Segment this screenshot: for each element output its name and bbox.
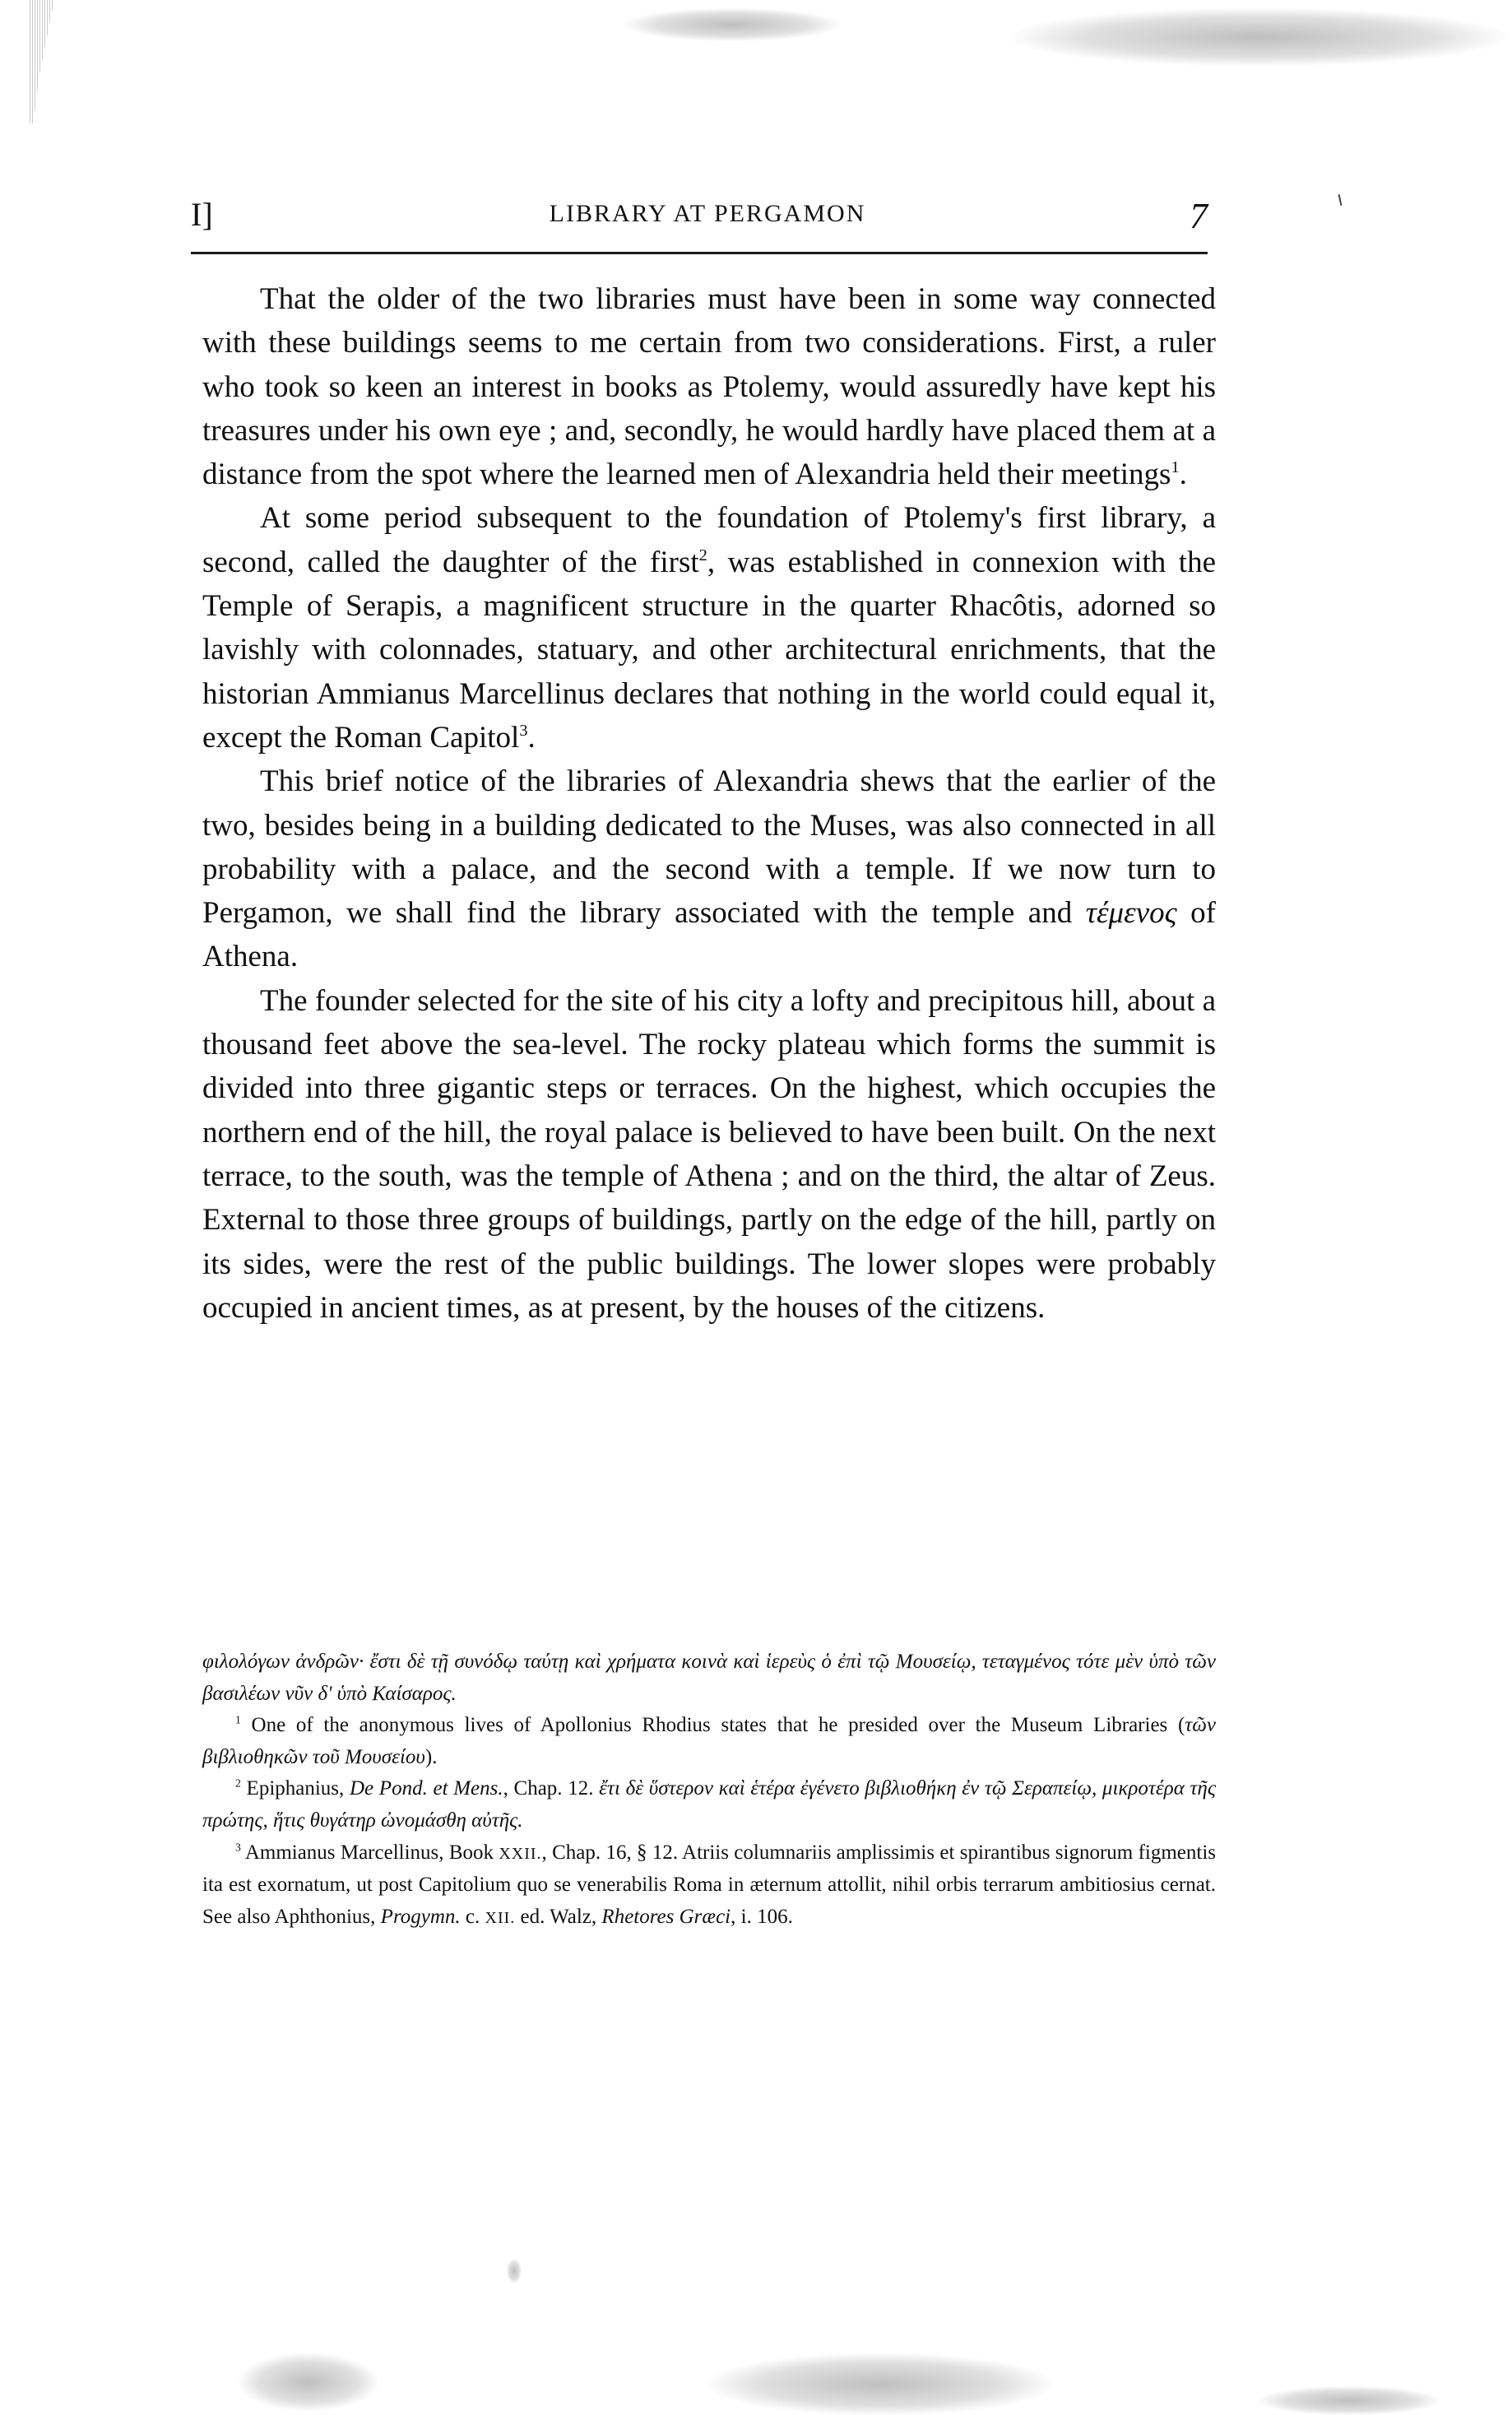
running-head: I] LIBRARY AT PERGAMON 7 bbox=[191, 194, 1208, 235]
footnote-reference: 2 bbox=[699, 546, 707, 564]
footnote-reference: 3 bbox=[519, 722, 527, 740]
greek-text: φιλολόγων ἀνδρῶν· ἔστι δὲ τῇ συνόδῳ ταύτ… bbox=[202, 1651, 1216, 1705]
italic-title: Progymn. bbox=[381, 1906, 461, 1928]
text-run: That the older of the two libraries must… bbox=[202, 282, 1216, 491]
text-run: . bbox=[1180, 457, 1187, 491]
footnote: 1 One of the anonymous lives of Apolloni… bbox=[202, 1710, 1216, 1773]
text-run: Epiphanius, bbox=[241, 1777, 350, 1800]
text-run: , i. 106. bbox=[730, 1906, 793, 1928]
paragraph: That the older of the two libraries must… bbox=[202, 277, 1216, 496]
running-title: LIBRARY AT PERGAMON bbox=[191, 197, 1208, 230]
footnote: 2 Epiphanius, De Pond. et Mens., Chap. 1… bbox=[202, 1773, 1216, 1837]
text-run: ). bbox=[425, 1746, 438, 1768]
paragraph: At some period subsequent to the foundat… bbox=[202, 496, 1216, 759]
italic-title: De Pond. et Mens. bbox=[350, 1777, 503, 1800]
scan-artifact-bottom bbox=[1259, 2386, 1440, 2415]
scan-artifact-bottom bbox=[707, 2353, 1053, 2415]
body-text: That the older of the two libraries must… bbox=[202, 277, 1216, 1330]
text-run: One of the anonymous lives of Apollonius… bbox=[241, 1714, 1185, 1736]
footnote-mark: 2 bbox=[235, 1777, 241, 1790]
roman-numeral: XII. bbox=[485, 1909, 516, 1927]
footnote: 3 Ammianus Marcellinus, Book XXII., Chap… bbox=[202, 1837, 1216, 1934]
scan-artifact-bottom bbox=[239, 2353, 378, 2411]
text-run: c. bbox=[461, 1906, 485, 1928]
italic-title: Rhetores Græci bbox=[601, 1906, 730, 1928]
roman-numeral: XXII. bbox=[499, 1845, 541, 1863]
paragraph: This brief notice of the libraries of Al… bbox=[202, 759, 1216, 978]
text-run: The founder selected for the site of his… bbox=[202, 984, 1216, 1325]
scan-artifact-top bbox=[625, 8, 839, 41]
scan-artifact-left-edge bbox=[30, 0, 54, 123]
text-run: . bbox=[528, 721, 536, 755]
paragraph: The founder selected for the site of his… bbox=[202, 979, 1216, 1330]
page-number: 7 bbox=[1190, 196, 1208, 237]
text-run: This brief notice of the libraries of Al… bbox=[202, 764, 1216, 930]
scan-artifact-mark bbox=[1338, 194, 1343, 206]
footnote-continuation: φιλολόγων ἀνδρῶν· ἔστι δὲ τῇ συνόδῳ ταύτ… bbox=[202, 1646, 1216, 1710]
footnotes: φιλολόγων ἀνδρῶν· ἔστι δὲ τῇ συνόδῳ ταύτ… bbox=[202, 1646, 1216, 1934]
scan-artifact-top bbox=[1012, 8, 1505, 66]
scan-artifact-speck bbox=[507, 2259, 522, 2283]
footnote-reference: 1 bbox=[1171, 458, 1179, 476]
header-rule bbox=[191, 252, 1208, 254]
text-run: , Chap. 12. bbox=[503, 1777, 600, 1800]
text-run: Ammianus Marcellinus, Book bbox=[241, 1841, 499, 1864]
greek-text: τέμενος bbox=[1086, 896, 1177, 930]
footnote-mark: 3 bbox=[235, 1841, 241, 1853]
footnote-mark: 1 bbox=[235, 1714, 241, 1726]
text-run: ed. Walz, bbox=[515, 1906, 601, 1928]
